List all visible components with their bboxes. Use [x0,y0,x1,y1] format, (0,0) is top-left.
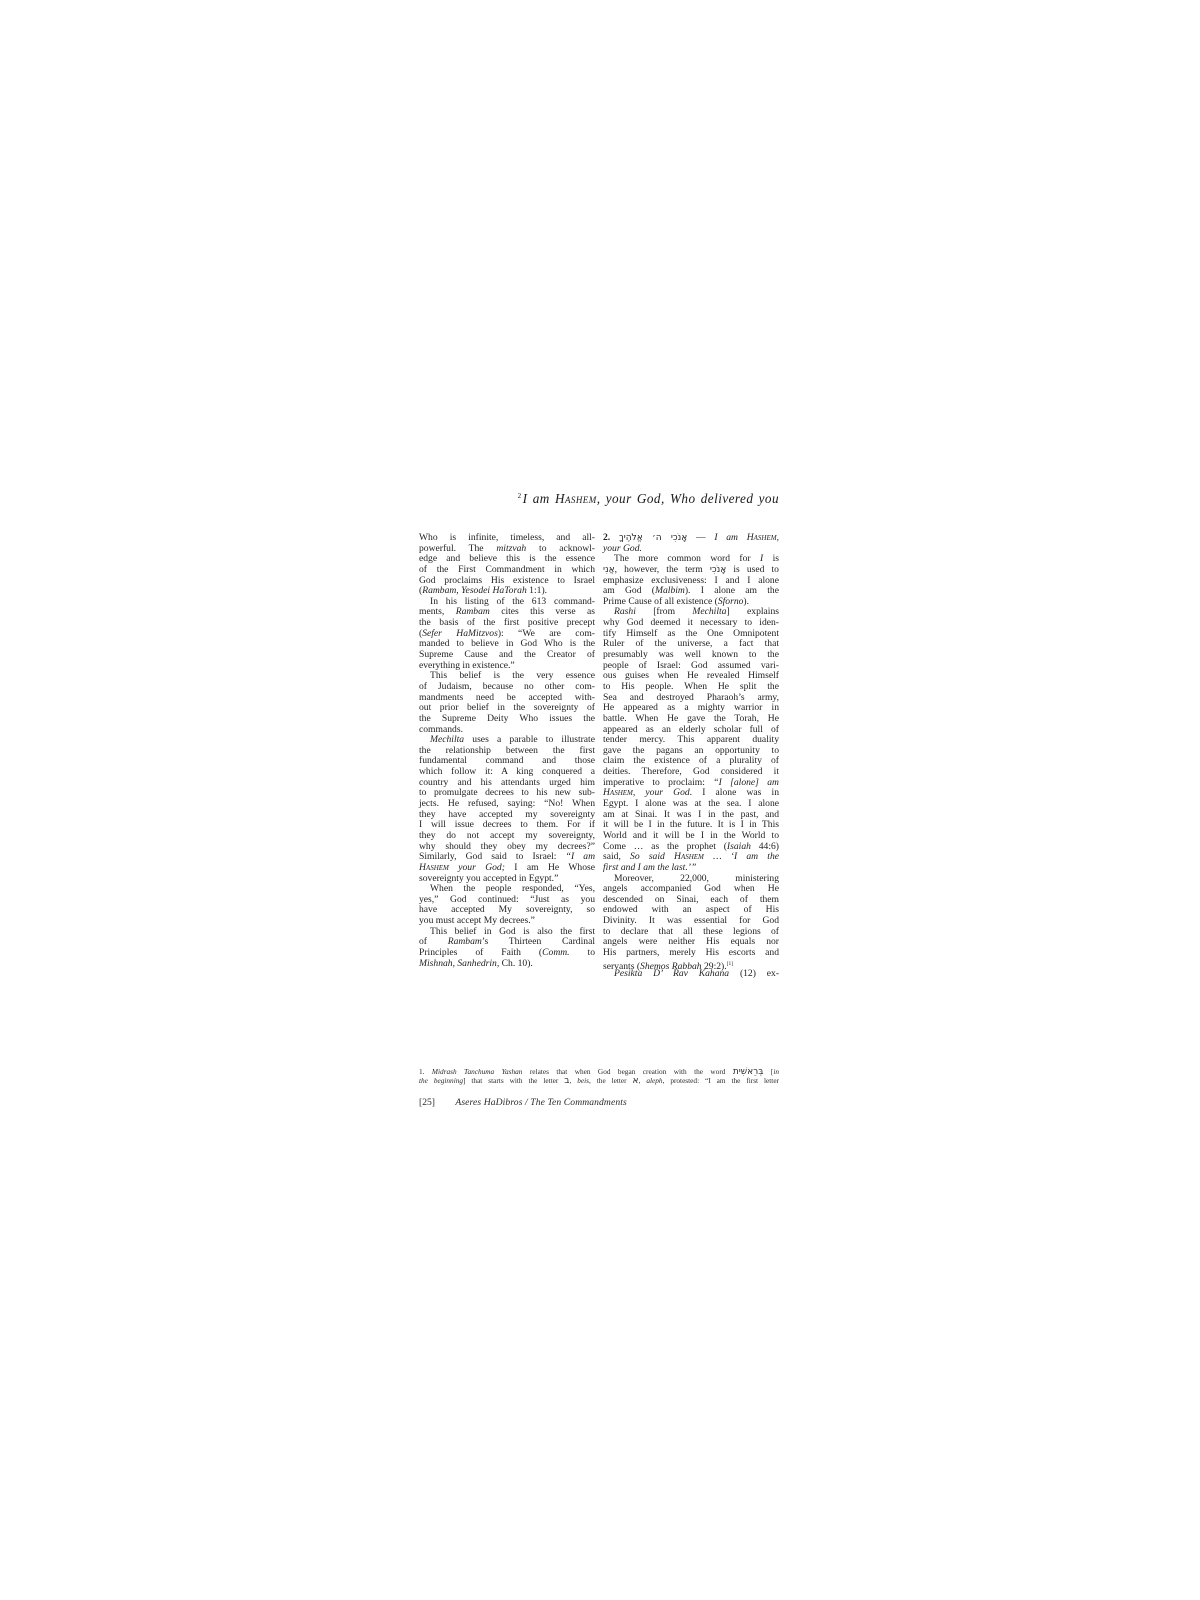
hebrew-text: אָנֹכִי [710,565,726,575]
text-line: they do not accept my sovereignty, [419,831,595,842]
verse-number: 2 [518,492,522,500]
text-line: Hashem your God; I am He Whose [419,863,595,874]
text-line: first and I am the last.’” [603,863,779,874]
text-line: אֲנִי, however, the term אָנֹכִי is used… [603,565,779,576]
text-line: the Supreme Deity Who issues the [419,714,595,725]
text-line: of Judaism, because no other com- [419,682,595,693]
verse-text-post: , your God, Who delivered you [597,491,779,506]
text-line: to His people. When He split the [603,682,779,693]
text-line: battle. When He gave the Torah, He [603,714,779,725]
footnote-line: 1. Midrash Tanchuma Yashan relates that … [419,1067,779,1076]
text-line: Mishnah, Sanhedrin, Ch. 10). [419,959,595,970]
hebrew-text: אָנֹכִי ה׳ אֱלֹהֶיךָ [619,533,687,543]
running-head-verse: 2I am Hashem, your God, Who delivered yo… [410,491,779,507]
text-line: His partners, merely His escorts and [603,948,779,959]
verse-text-divine-name: Hashem [555,491,597,506]
page-number: [25] [419,1097,435,1108]
commentary-column-left: Who is infinite, timeless, and all- powe… [419,533,595,969]
commentary-column-right: 2. אָנֹכִי ה׳ אֱלֹהֶיךָ — I am Hashem, y… [603,533,779,980]
footnote: 1. Midrash Tanchuma Yashan relates that … [419,1067,779,1085]
book-page: 2I am Hashem, your God, Who delivered yo… [0,0,1200,1600]
footnote-reference[interactable]: [1] [727,961,733,967]
book-title: Aseres HaDibros / The Ten Commandments [455,1097,626,1108]
paragraph-start: Pesikta D’ Rav Kahana (12) ex- [603,969,779,980]
text-line: of the First Commandment in which [419,565,595,576]
page-footer: [25] Aseres HaDibros / The Ten Commandme… [419,1097,627,1108]
hebrew-text: אֲנִי [603,565,615,575]
footnote-line: the beginning] that starts with the lett… [419,1076,779,1085]
verse-text-pre: I am [523,491,555,506]
